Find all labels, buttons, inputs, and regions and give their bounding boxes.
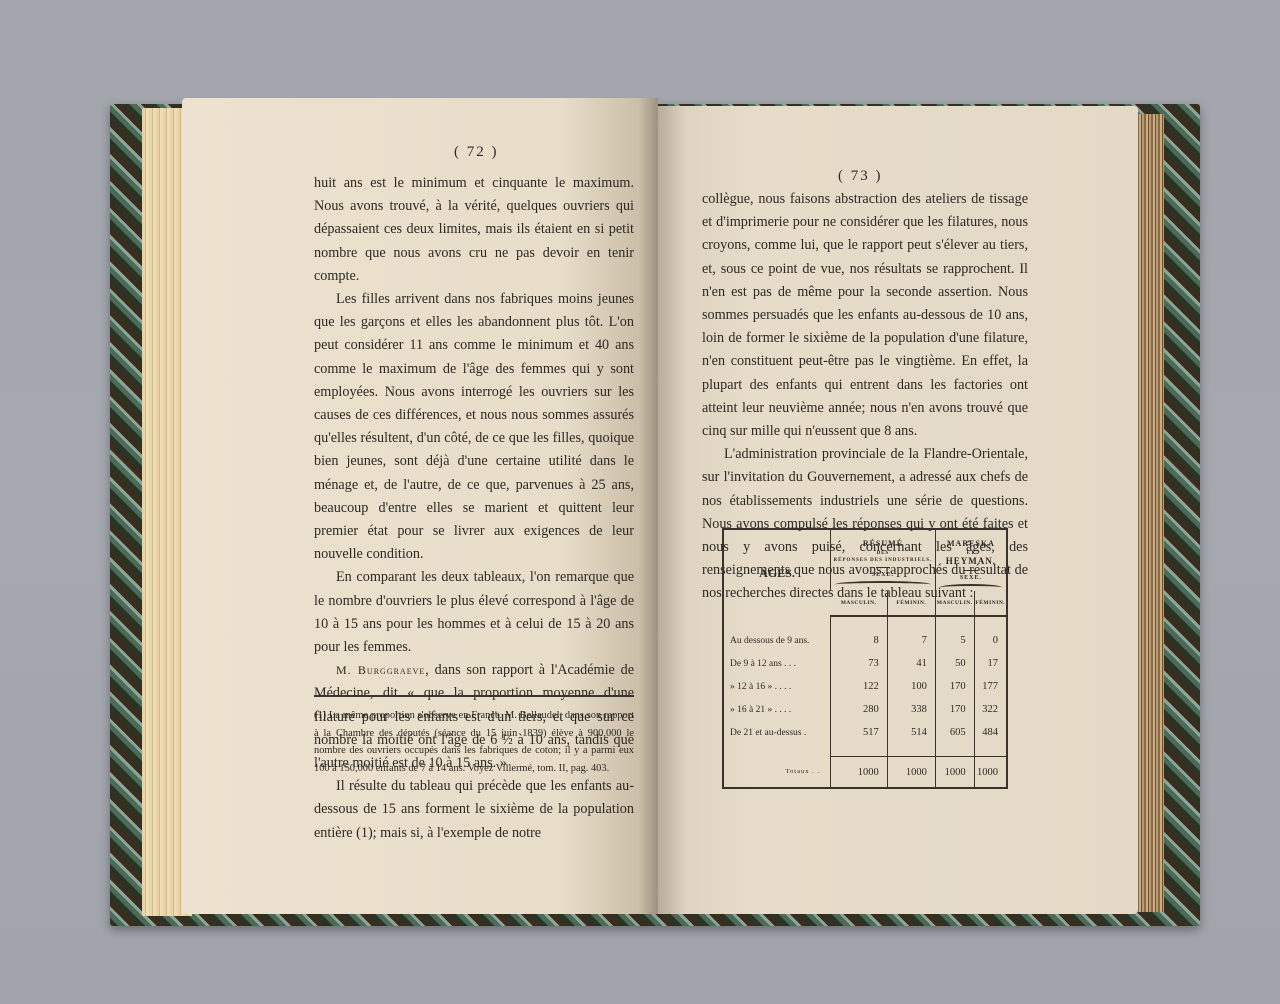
table-row: Au dessous de 9 ans. 8 7 5 0 (723, 629, 1007, 652)
footnote-rule (314, 695, 634, 697)
left-page: ( 72 ) huit ans est le minimum et cinqua… (182, 98, 658, 914)
paragraph: collègue, nous faisons abstraction des a… (702, 188, 1028, 443)
paragraph: En comparant les deux tableaux, l'on rem… (314, 566, 634, 659)
table-row: » 12 à 16 » . . . . 122 100 170 177 (723, 675, 1007, 698)
ages-header: AGES. (723, 529, 831, 616)
group-header-mareska: MARESKA ET HEYMAN. SEXE. (935, 529, 1007, 591)
paragraph: huit ans est le minimum et cinquante le … (314, 172, 634, 288)
divider (876, 567, 890, 568)
totals-row: Totaux . . 1000 1000 1000 1000 (723, 757, 1007, 789)
table-row: De 9 à 12 ans . . . 73 41 50 17 (723, 652, 1007, 675)
paragraph: Il résulte du tableau qui précède que le… (314, 775, 634, 845)
col-header: MASCULIN. (831, 591, 888, 616)
page-number: ( 73 ) (838, 168, 883, 185)
col-header: MASCULIN. (935, 591, 974, 616)
paragraph: Les filles arrivent dans nos fabriques m… (314, 288, 634, 566)
table-row: De 21 et au-dessus . 517 514 605 484 (723, 721, 1007, 744)
col-header: FÉMININ. (974, 591, 1007, 616)
ages-table: AGES. RÉSUMÉ DES RÉPONSES DES INDUSTRIEL… (722, 528, 1008, 789)
footnote: (1) La même proportion s'observe en Fran… (314, 707, 634, 777)
table-row: » 16 à 21 » . . . . 280 338 170 322 (723, 698, 1007, 721)
brace-icon (835, 581, 931, 588)
author-name: M. Burggraeve (336, 663, 425, 677)
brace-icon (940, 584, 1002, 591)
page-number: ( 72 ) (454, 144, 499, 161)
divider (964, 570, 978, 571)
group-header-resume: RÉSUMÉ DES RÉPONSES DES INDUSTRIELS. SEX… (831, 529, 936, 591)
col-header: FÉMININ. (887, 591, 935, 616)
right-page: ( 73 ) collègue, nous faisons abstractio… (658, 106, 1138, 914)
